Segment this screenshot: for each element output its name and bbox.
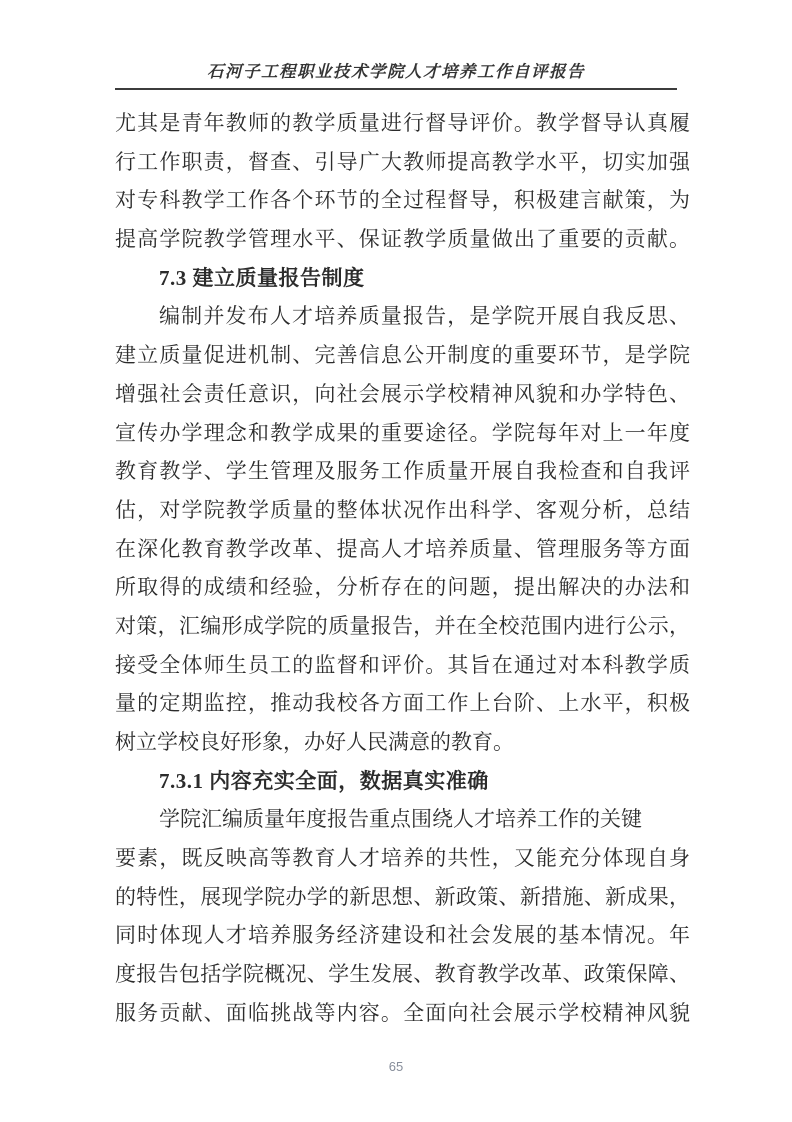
document-footer: 65	[0, 1058, 792, 1076]
body-text-line: 所取得的成绩和经验，分析存在的问题，提出解决的办法和	[115, 568, 690, 607]
body-text-line: 增强社会责任意识，向社会展示学校精神风貌和办学特色、	[115, 375, 690, 414]
body-text-line: 提高学院教学管理水平、保证教学质量做出了重要的贡献。	[115, 220, 690, 259]
section-heading: 7.3 建立质量报告制度	[115, 259, 690, 298]
body-text-line: 教育教学、学生管理及服务工作质量开展自我检查和自我评	[115, 452, 690, 491]
body-text-line: 量的定期监控，推动我校各方面工作上台阶、上水平，积极	[115, 684, 690, 723]
body-text-line: 同时体现人才培养服务经济建设和社会发展的基本情况。年	[115, 916, 690, 955]
body-text-line: 树立学校良好形象，办好人民满意的教育。	[115, 723, 690, 762]
header-rule	[115, 88, 677, 90]
body-text-line: 宣传办学理念和教学成果的重要途径。学院每年对上一年度	[115, 414, 690, 453]
body-text-line: 的特性，展现学院办学的新思想、新政策、新措施、新成果，	[115, 878, 690, 917]
body-text-line: 建立质量促进机制、完善信息公开制度的重要环节，是学院	[115, 336, 690, 375]
document-body: 尤其是青年教师的教学质量进行督导评价。教学督导认真履行工作职责，督查、引导广大教…	[115, 104, 690, 1033]
page-number: 65	[389, 1059, 403, 1074]
body-text-line: 在深化教育教学改革、提高人才培养质量、管理服务等方面	[115, 530, 690, 569]
body-text-line: 度报告包括学院概况、学生发展、教育教学改革、政策保障、	[115, 955, 690, 994]
body-text-line: 接受全体师生员工的监督和评价。其旨在通过对本科教学质	[115, 646, 690, 685]
document-header: 石河子工程职业技术学院人才培养工作自评报告	[115, 58, 677, 90]
body-text-line: 估，对学院教学质量的整体状况作出科学、客观分析，总结	[115, 491, 690, 530]
body-text-line: 行工作职责，督查、引导广大教师提高教学水平，切实加强	[115, 143, 690, 182]
document-page: 石河子工程职业技术学院人才培养工作自评报告 尤其是青年教师的教学质量进行督导评价…	[0, 0, 792, 1122]
header-title: 石河子工程职业技术学院人才培养工作自评报告	[115, 58, 677, 82]
body-text-line: 对专科教学工作各个环节的全过程督导，积极建言献策，为	[115, 181, 690, 220]
body-text-line: 学院汇编质量年度报告重点围绕人才培养工作的关键	[115, 800, 690, 839]
section-heading: 7.3.1 内容充实全面，数据真实准确	[115, 762, 690, 801]
body-text-line: 对策，汇编形成学院的质量报告，并在全校范围内进行公示，	[115, 607, 690, 646]
body-text-line: 要素，既反映高等教育人才培养的共性，又能充分体现自身	[115, 839, 690, 878]
body-text-line: 服务贡献、面临挑战等内容。全面向社会展示学校精神风貌	[115, 994, 690, 1033]
body-text-line: 尤其是青年教师的教学质量进行督导评价。教学督导认真履	[115, 104, 690, 143]
body-text-line: 编制并发布人才培养质量报告，是学院开展自我反思、	[115, 297, 690, 336]
